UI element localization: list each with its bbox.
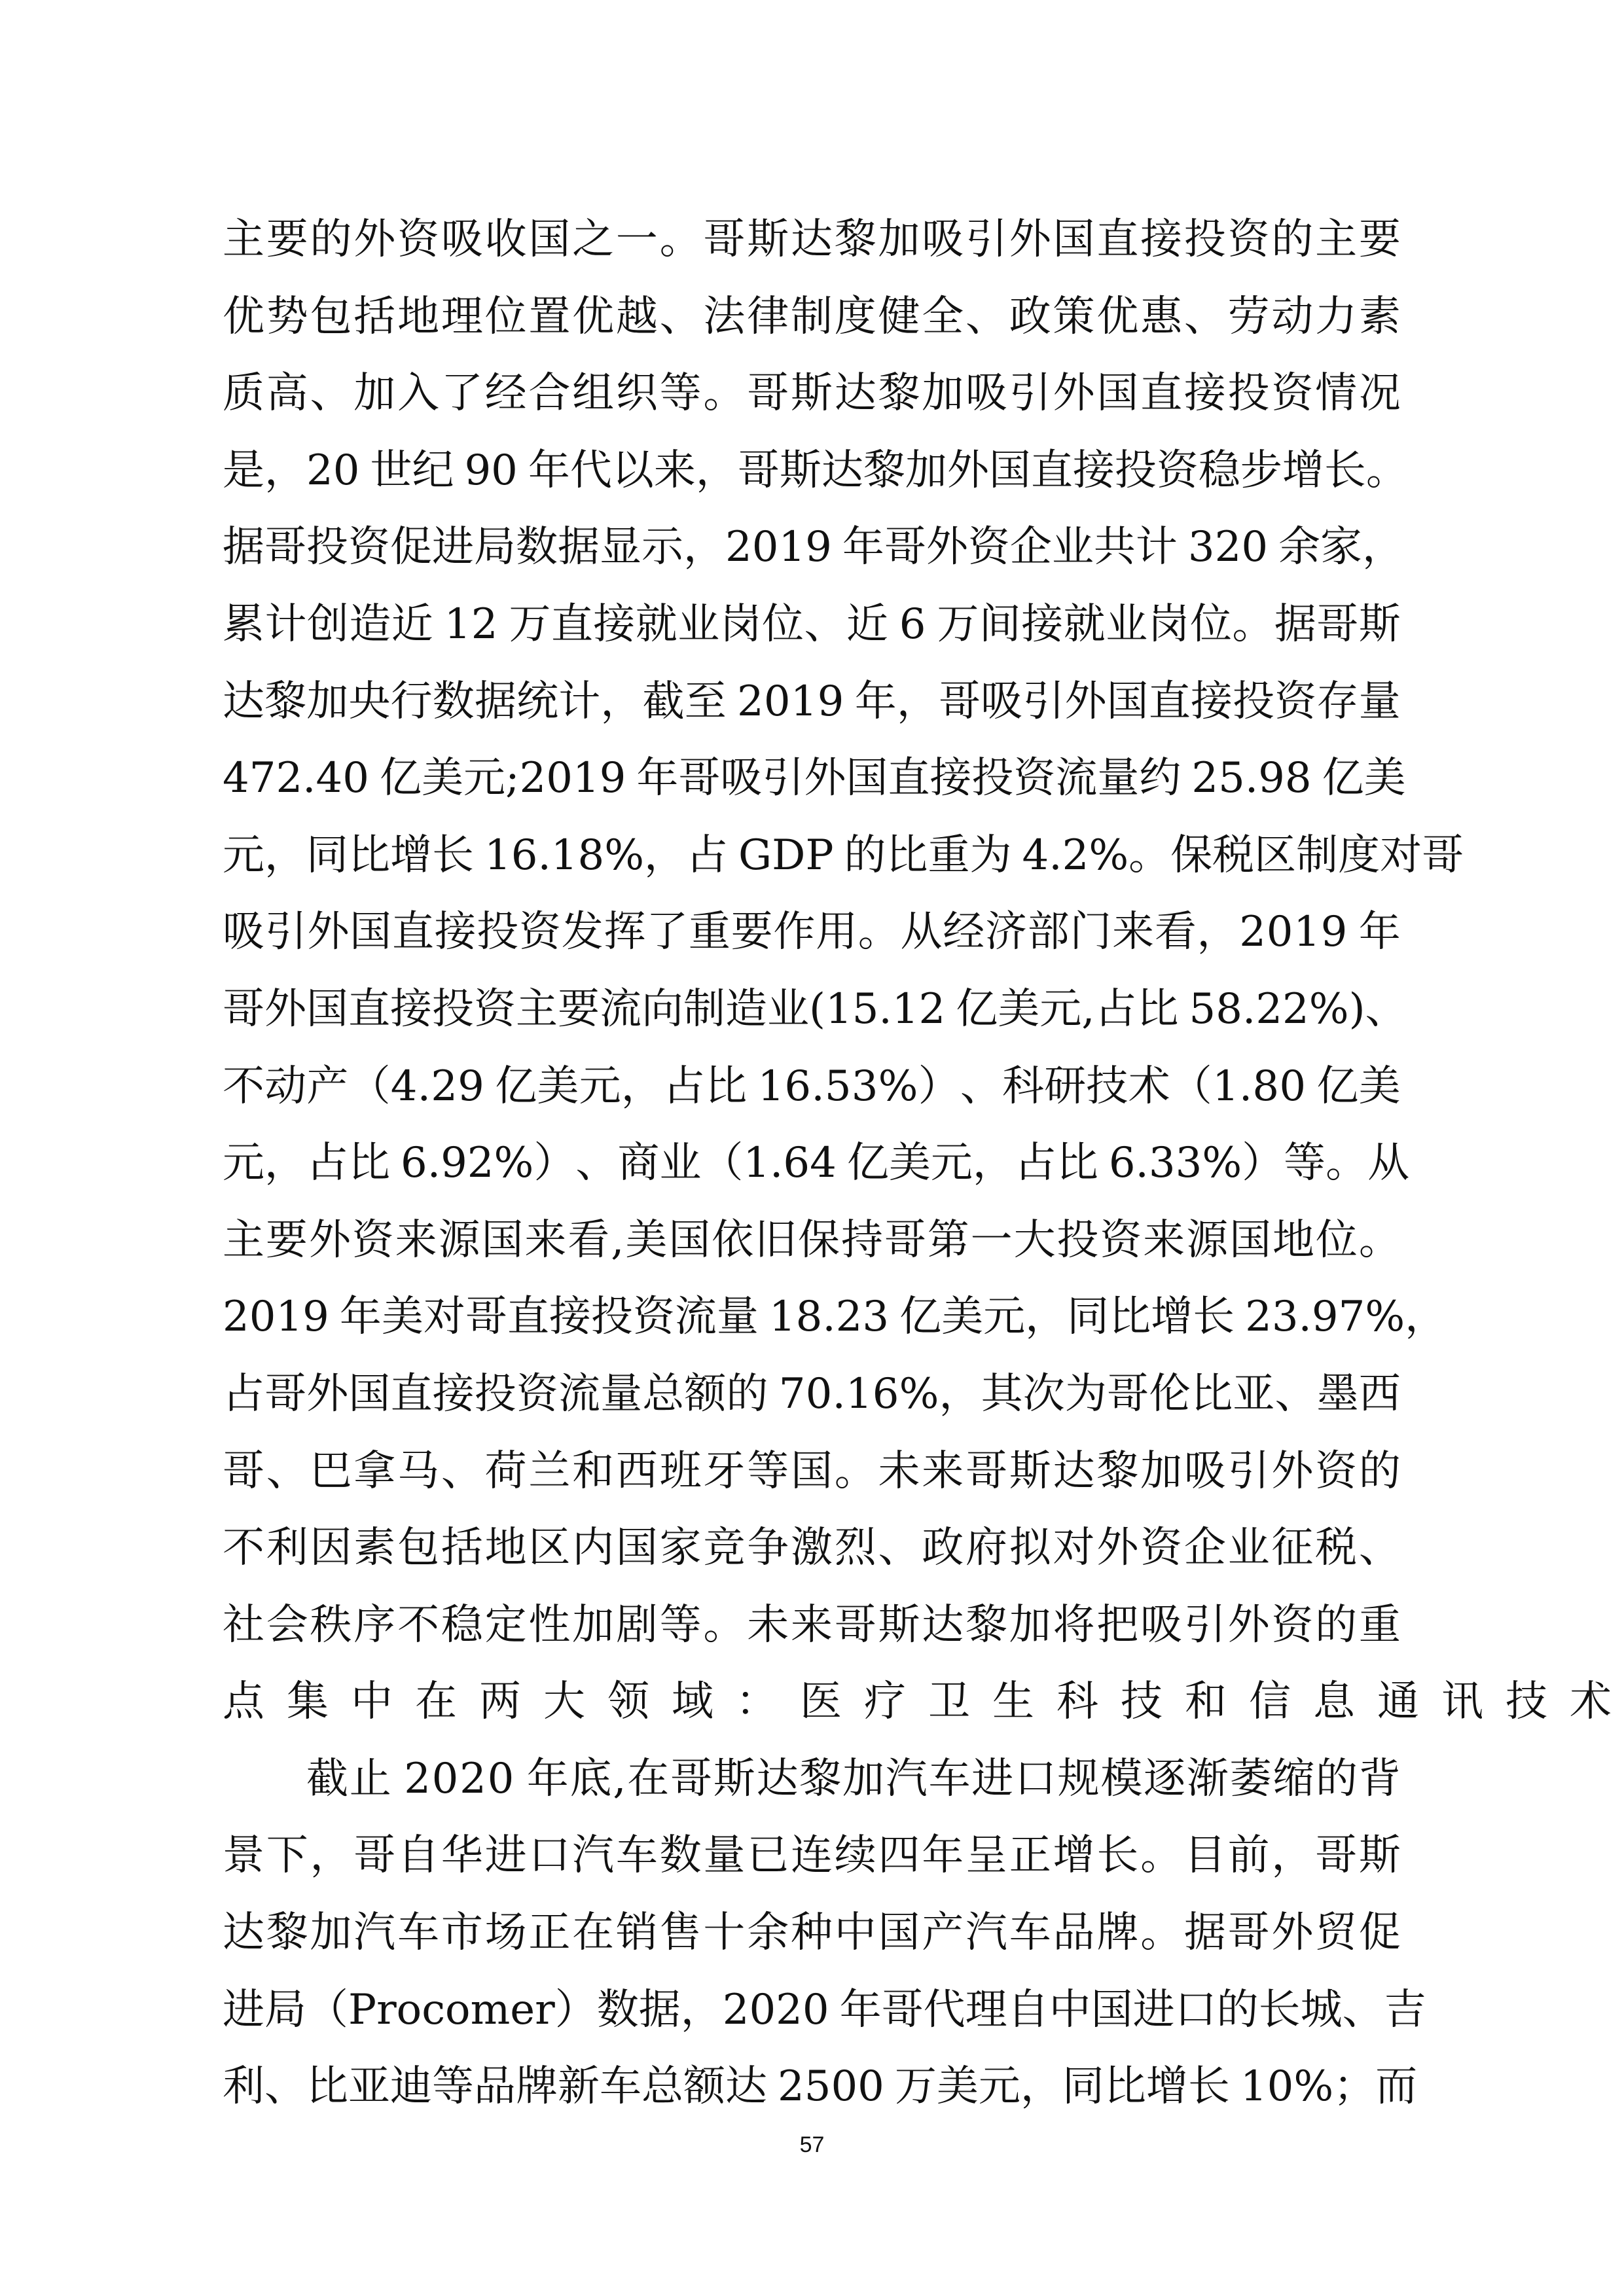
text-line: 据哥投资促进局数据显示，2019 年哥外资企业共计 320 余家， (223, 516, 1401, 593)
text-line: 社会秩序不稳定性加剧等。未来哥斯达黎加将把吸引外资的重 (223, 1594, 1401, 1671)
paragraph-fdi-overview: 主要的外资吸收国之一。哥斯达黎加吸引外国直接投资的主要 优势包括地理位置优越、法… (223, 208, 1401, 1748)
text-line: 是，20 世纪 90 年代以来，哥斯达黎加外国直接投资稳步增长。 (223, 439, 1401, 516)
text-line: 哥外国直接投资主要流向制造业(15.12 亿美元,占比 58.22%)、 (223, 978, 1401, 1055)
text-line: 进局（Procomer）数据，2020 年哥代理自中国进口的长城、吉 (223, 1979, 1401, 2056)
text-line-indented: 截止 2020 年底,在哥斯达黎加汽车进口规模逐渐萎缩的背 (223, 1748, 1401, 1825)
text-line: 不动产（4.29 亿美元，占比 16.53%）、科研技术（1.80 亿美 (223, 1055, 1401, 1132)
text-line: 472.40 亿美元;2019 年哥吸引外国直接投资流量约 25.98 亿美 (223, 747, 1401, 824)
text-line: 占哥外国直接投资流量总额的 70.16%，其次为哥伦比亚、墨西 (223, 1363, 1401, 1440)
text-line: 主要外资来源国来看,美国依旧保持哥第一大投资来源国地位。 (223, 1209, 1401, 1286)
text-line: 景下，哥自华进口汽车数量已连续四年呈正增长。目前，哥斯 (223, 1824, 1401, 1901)
text-line: 元，同比增长 16.18%，占 GDP 的比重为 4.2%。保税区制度对哥 (223, 824, 1401, 901)
text-line: 优势包括地理位置优越、法律制度健全、政策优惠、劳动力素 (223, 285, 1401, 363)
body-text: 主要的外资吸收国之一。哥斯达黎加吸引外国直接投资的主要 优势包括地理位置优越、法… (223, 208, 1401, 2132)
text-line: 利、比亚迪等品牌新车总额达 2500 万美元，同比增长 10%；而 (223, 2055, 1401, 2132)
document-page: 主要的外资吸收国之一。哥斯达黎加吸引外国直接投资的主要 优势包括地理位置优越、法… (0, 0, 1624, 2296)
paragraph-auto-imports: 截止 2020 年底,在哥斯达黎加汽车进口规模逐渐萎缩的背 景下，哥自华进口汽车… (223, 1748, 1401, 2132)
text-line: 达黎加央行数据统计，截至 2019 年，哥吸引外国直接投资存量 (223, 670, 1401, 747)
text-line: 点集中在两大领域：医疗卫生科技和信息通讯技术。 (223, 1670, 1401, 1748)
text-line: 2019 年美对哥直接投资流量 18.23 亿美元，同比增长 23.97%， (223, 1285, 1401, 1363)
text-line: 吸引外国直接投资发挥了重要作用。从经济部门来看，2019 年 (223, 901, 1401, 978)
page-number: 57 (0, 2132, 1624, 2158)
text-line: 不利因素包括地区内国家竞争激烈、政府拟对外资企业征税、 (223, 1516, 1401, 1594)
text-line: 主要的外资吸收国之一。哥斯达黎加吸引外国直接投资的主要 (223, 208, 1401, 285)
text-line: 达黎加汽车市场正在销售十余种中国产汽车品牌。据哥外贸促 (223, 1901, 1401, 1979)
text-line: 哥、巴拿马、荷兰和西班牙等国。未来哥斯达黎加吸引外资的 (223, 1440, 1401, 1517)
text-line: 元，占比 6.92%）、商业（1.64 亿美元，占比 6.33%）等。从 (223, 1132, 1401, 1209)
text-line: 质高、加入了经合组织等。哥斯达黎加吸引外国直接投资情况 (223, 362, 1401, 439)
text-line: 累计创造近 12 万直接就业岗位、近 6 万间接就业岗位。据哥斯 (223, 593, 1401, 670)
